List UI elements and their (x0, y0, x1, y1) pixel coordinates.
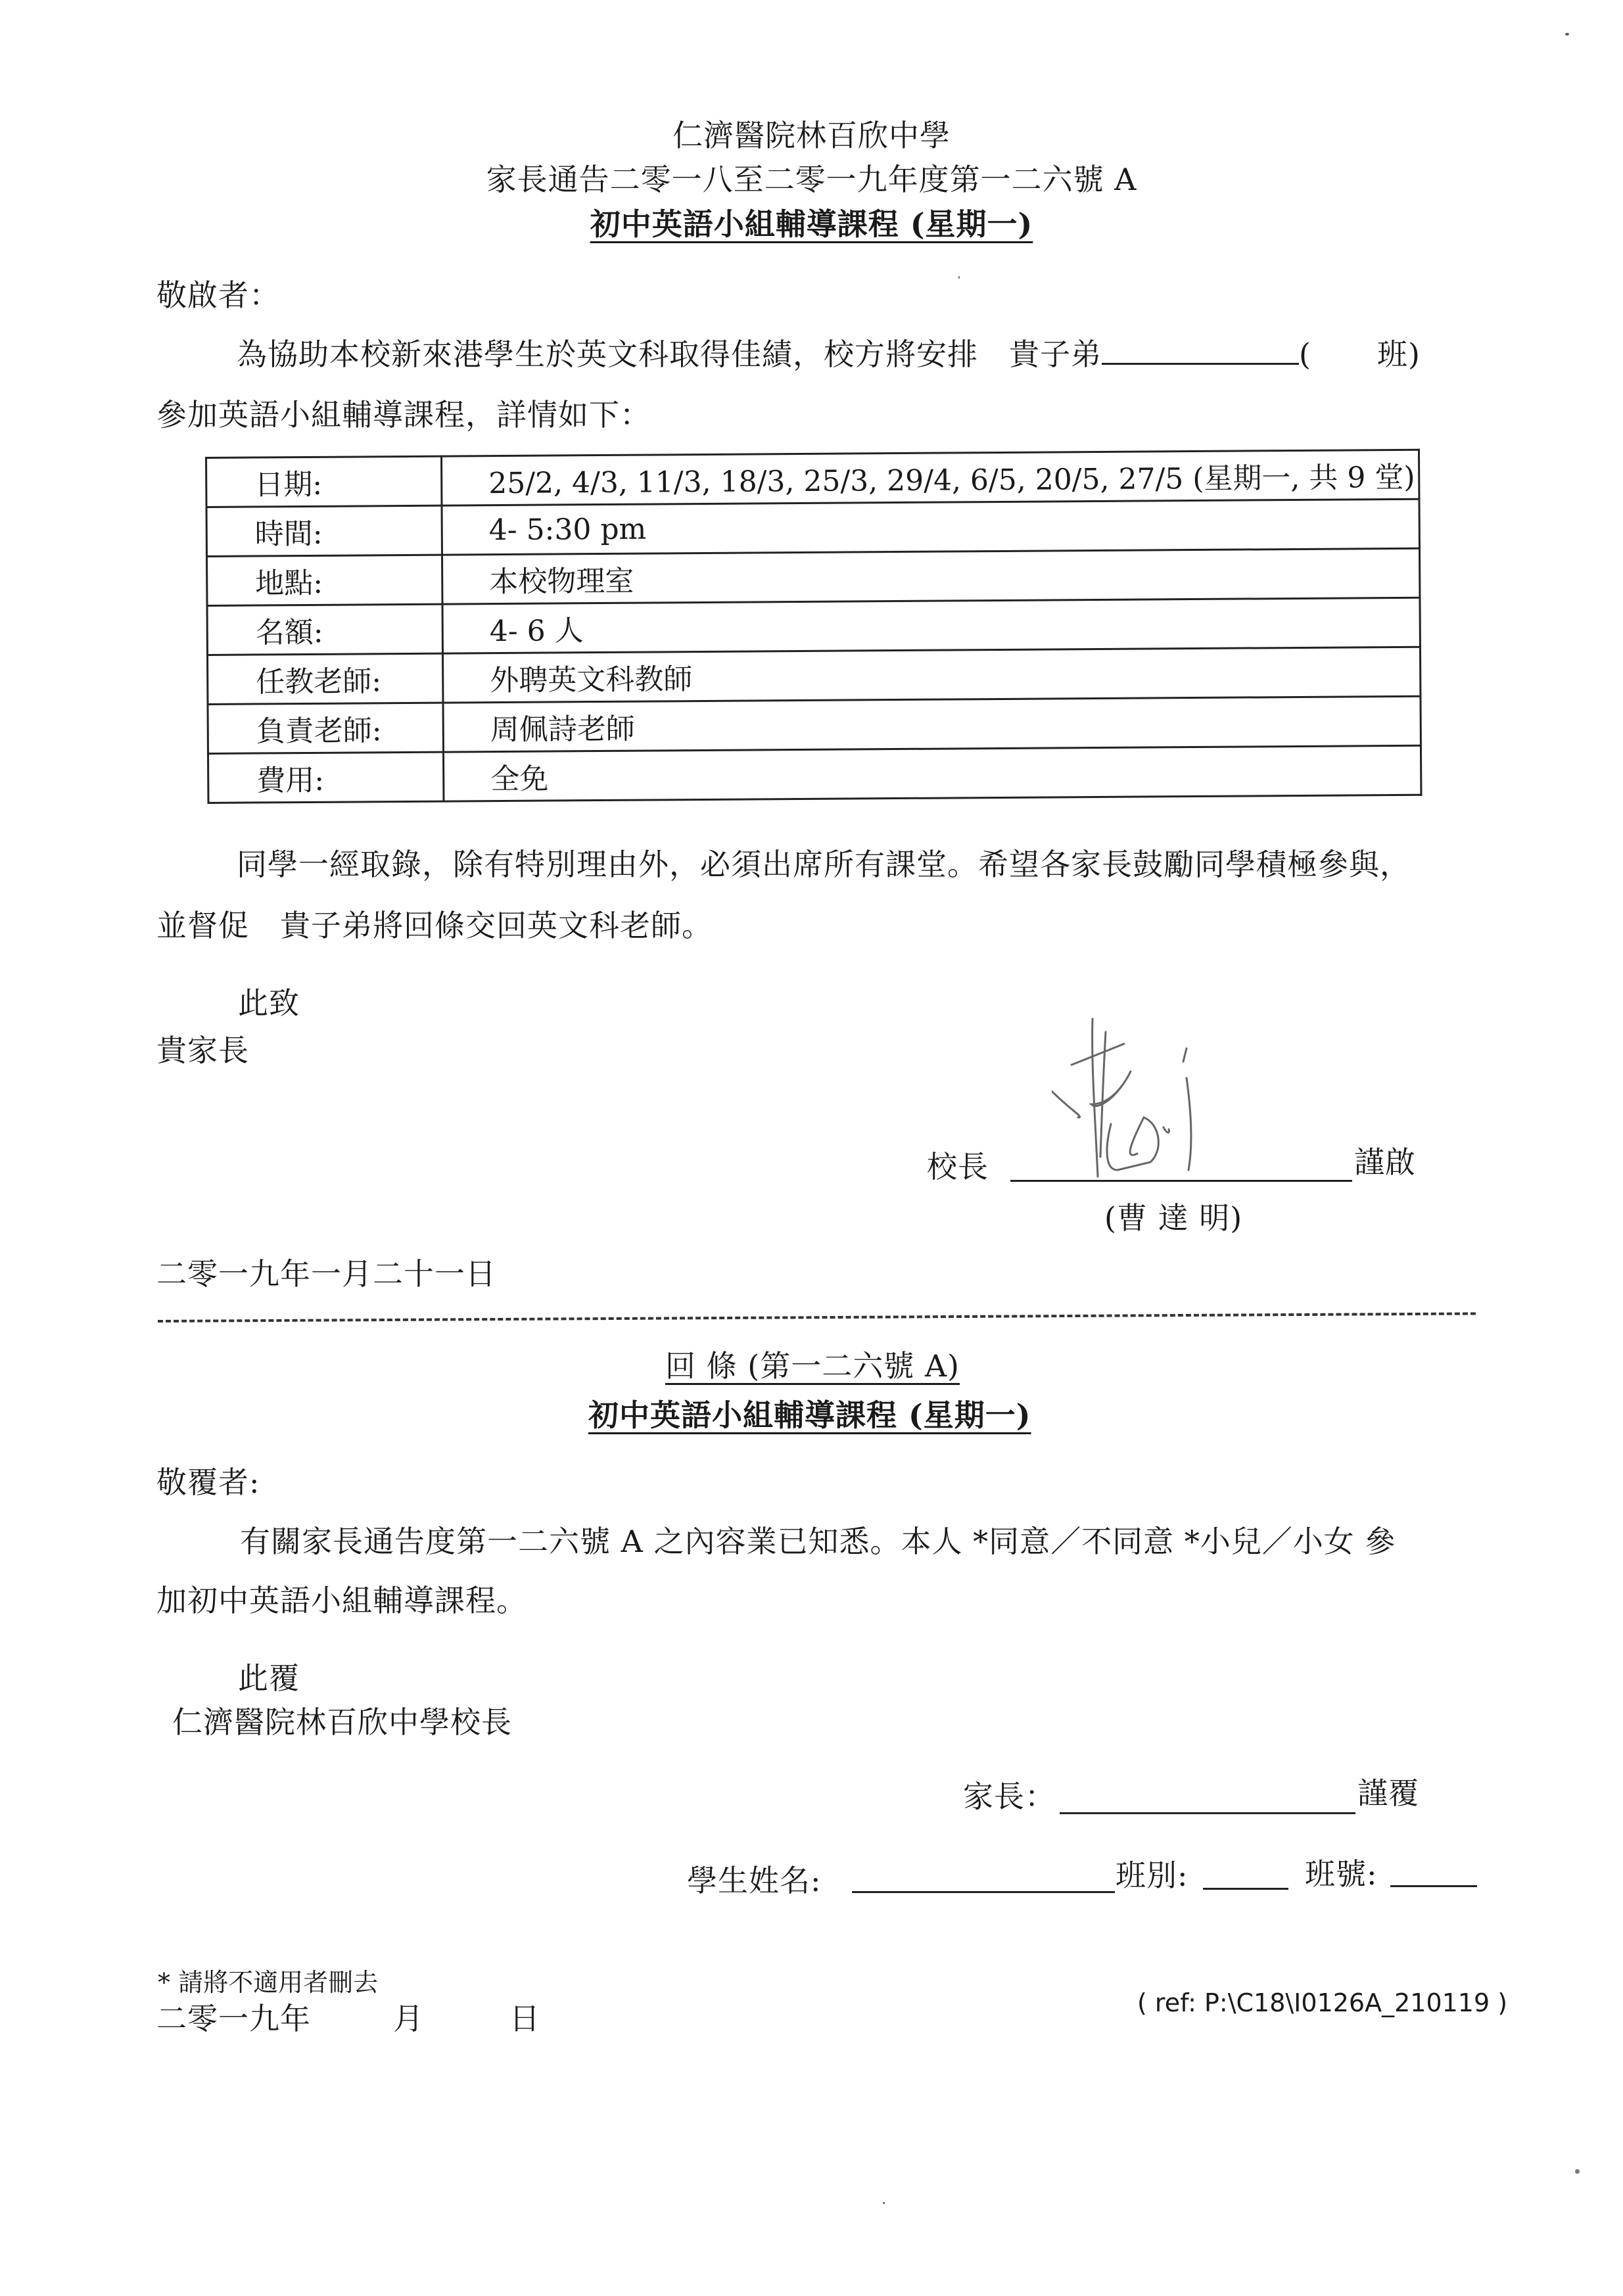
scan-speck (1575, 2169, 1580, 2174)
attendance-paragraph-line1: 同學一經取錄，除有特別理由外，必須出席所有課堂。希望各家長鼓勵同學積極參與， (237, 849, 1411, 879)
class-label: 班) (1377, 337, 1421, 372)
table-row: 負責老師: 周佩詩老師 (208, 696, 1421, 753)
table-row: 地點: 本校物理室 (207, 548, 1420, 605)
scan-speck (1565, 33, 1569, 35)
intro-paragraph-line2: 參加英語小組輔導課程，詳情如下： (156, 400, 651, 430)
tear-off-line (158, 1312, 1476, 1323)
row-value: 全免 (443, 745, 1421, 801)
row-value: 4- 5:30 pm (442, 499, 1419, 555)
reply-date-year: 二零一九年 (156, 2003, 311, 2034)
row-value: 25/2, 4/3, 11/3, 18/3, 25/3, 29/4, 6/5, … (442, 450, 1419, 505)
parent-suffix: 謹覆 (1357, 1778, 1419, 1808)
class-number-label: 班號: (1305, 1859, 1378, 1889)
class-field[interactable] (1203, 1888, 1288, 1890)
scan-speck (883, 2202, 885, 2204)
school-name: 仁濟醫院林百欣中學 (0, 120, 1623, 151)
row-label: 費用: (208, 752, 443, 803)
principal-name: (曹 達 明) (1104, 1203, 1242, 1233)
class-blank[interactable] (1311, 339, 1377, 365)
paren-open: ( (1299, 337, 1311, 372)
student-name-blank[interactable] (1102, 337, 1299, 365)
reply-closing: 此覆 (238, 1663, 300, 1693)
row-label: 負責老師: (208, 703, 443, 753)
class-number-field[interactable] (1390, 1885, 1477, 1887)
student-name-field[interactable] (852, 1891, 1115, 1893)
reply-date-day: 日 (509, 2003, 540, 2034)
recipient: 貴家長 (156, 1035, 249, 1066)
table-row: 費用: 全免 (208, 745, 1421, 803)
scan-speck (958, 276, 960, 279)
reply-body-line2: 加初中英語小組輔導課程。 (156, 1585, 527, 1616)
notice-date: 二零一九年一月二十一日 (156, 1259, 496, 1289)
reply-salutation: 敬覆者: (156, 1467, 260, 1497)
student-name-label: 學生姓名: (687, 1865, 822, 1896)
reply-date-month: 月 (393, 2003, 424, 2034)
intro-text: 為協助本校新來港學生於英文科取得佳績，校方將安排 貴子弟 (237, 337, 1102, 372)
class-label: 班別: (1116, 1860, 1188, 1890)
table-row: 日期: 25/2, 4/3, 11/3, 18/3, 25/3, 29/4, 6… (206, 450, 1419, 507)
row-value: 本校物理室 (442, 548, 1419, 604)
row-label: 地點: (207, 555, 442, 605)
table-row: 名額: 4- 6 人 (207, 597, 1420, 655)
row-label: 日期: (206, 456, 442, 507)
row-label: 名額: (207, 604, 442, 655)
reply-body-line1: 有關家長通告度第一二六號 A 之內容業已知悉。本人 *同意／不同意 *小兒／小女… (240, 1526, 1396, 1557)
parent-label: 家長： (963, 1781, 1056, 1812)
row-value: 4- 6 人 (442, 597, 1420, 653)
principal-signature (1052, 1012, 1262, 1190)
row-value: 周佩詩老師 (443, 696, 1421, 752)
reply-recipient: 仁濟醫院林百欣中學校長 (172, 1707, 512, 1737)
closing: 此致 (238, 988, 300, 1018)
notice-number: 家長通告二零一八至二零一九年度第一二六號 A (0, 164, 1623, 195)
intro-paragraph-line1: 為協助本校新來港學生於英文科取得佳績，校方將安排 貴子弟(班) (237, 337, 1421, 369)
attendance-paragraph-line2: 並督促 貴子弟將回條交回英文科老師。 (156, 910, 713, 941)
principal-label: 校長 (927, 1152, 989, 1182)
reference-code: ( ref: P:\C18\I0126A_210119 ) (1137, 1988, 1507, 2017)
table-row: 時間: 4- 5:30 pm (206, 499, 1419, 556)
course-title: 初中英語小組輔導課程 (星期一) (0, 209, 1623, 239)
salutation: 敬啟者： (156, 280, 280, 310)
table-row: 任教老師: 外聘英文科教師 (207, 647, 1420, 704)
principal-suffix: 謹啟 (1354, 1147, 1416, 1177)
reply-slip-title: 回 條 (第一二六號 A) (665, 1351, 960, 1381)
row-label: 時間: (206, 505, 442, 556)
principal-signature-line (1010, 1180, 1352, 1182)
reply-course-title: 初中英語小組輔導課程 (星期一) (588, 1400, 1031, 1430)
footnote: * 請將不適用者刪去 (158, 1962, 378, 1998)
row-value: 外聘英文科教師 (442, 647, 1420, 703)
parent-signature-field[interactable] (1060, 1812, 1355, 1814)
course-details-table: 日期: 25/2, 4/3, 11/3, 18/3, 25/3, 29/4, 6… (205, 449, 1422, 804)
row-label: 任教老師: (207, 653, 442, 704)
